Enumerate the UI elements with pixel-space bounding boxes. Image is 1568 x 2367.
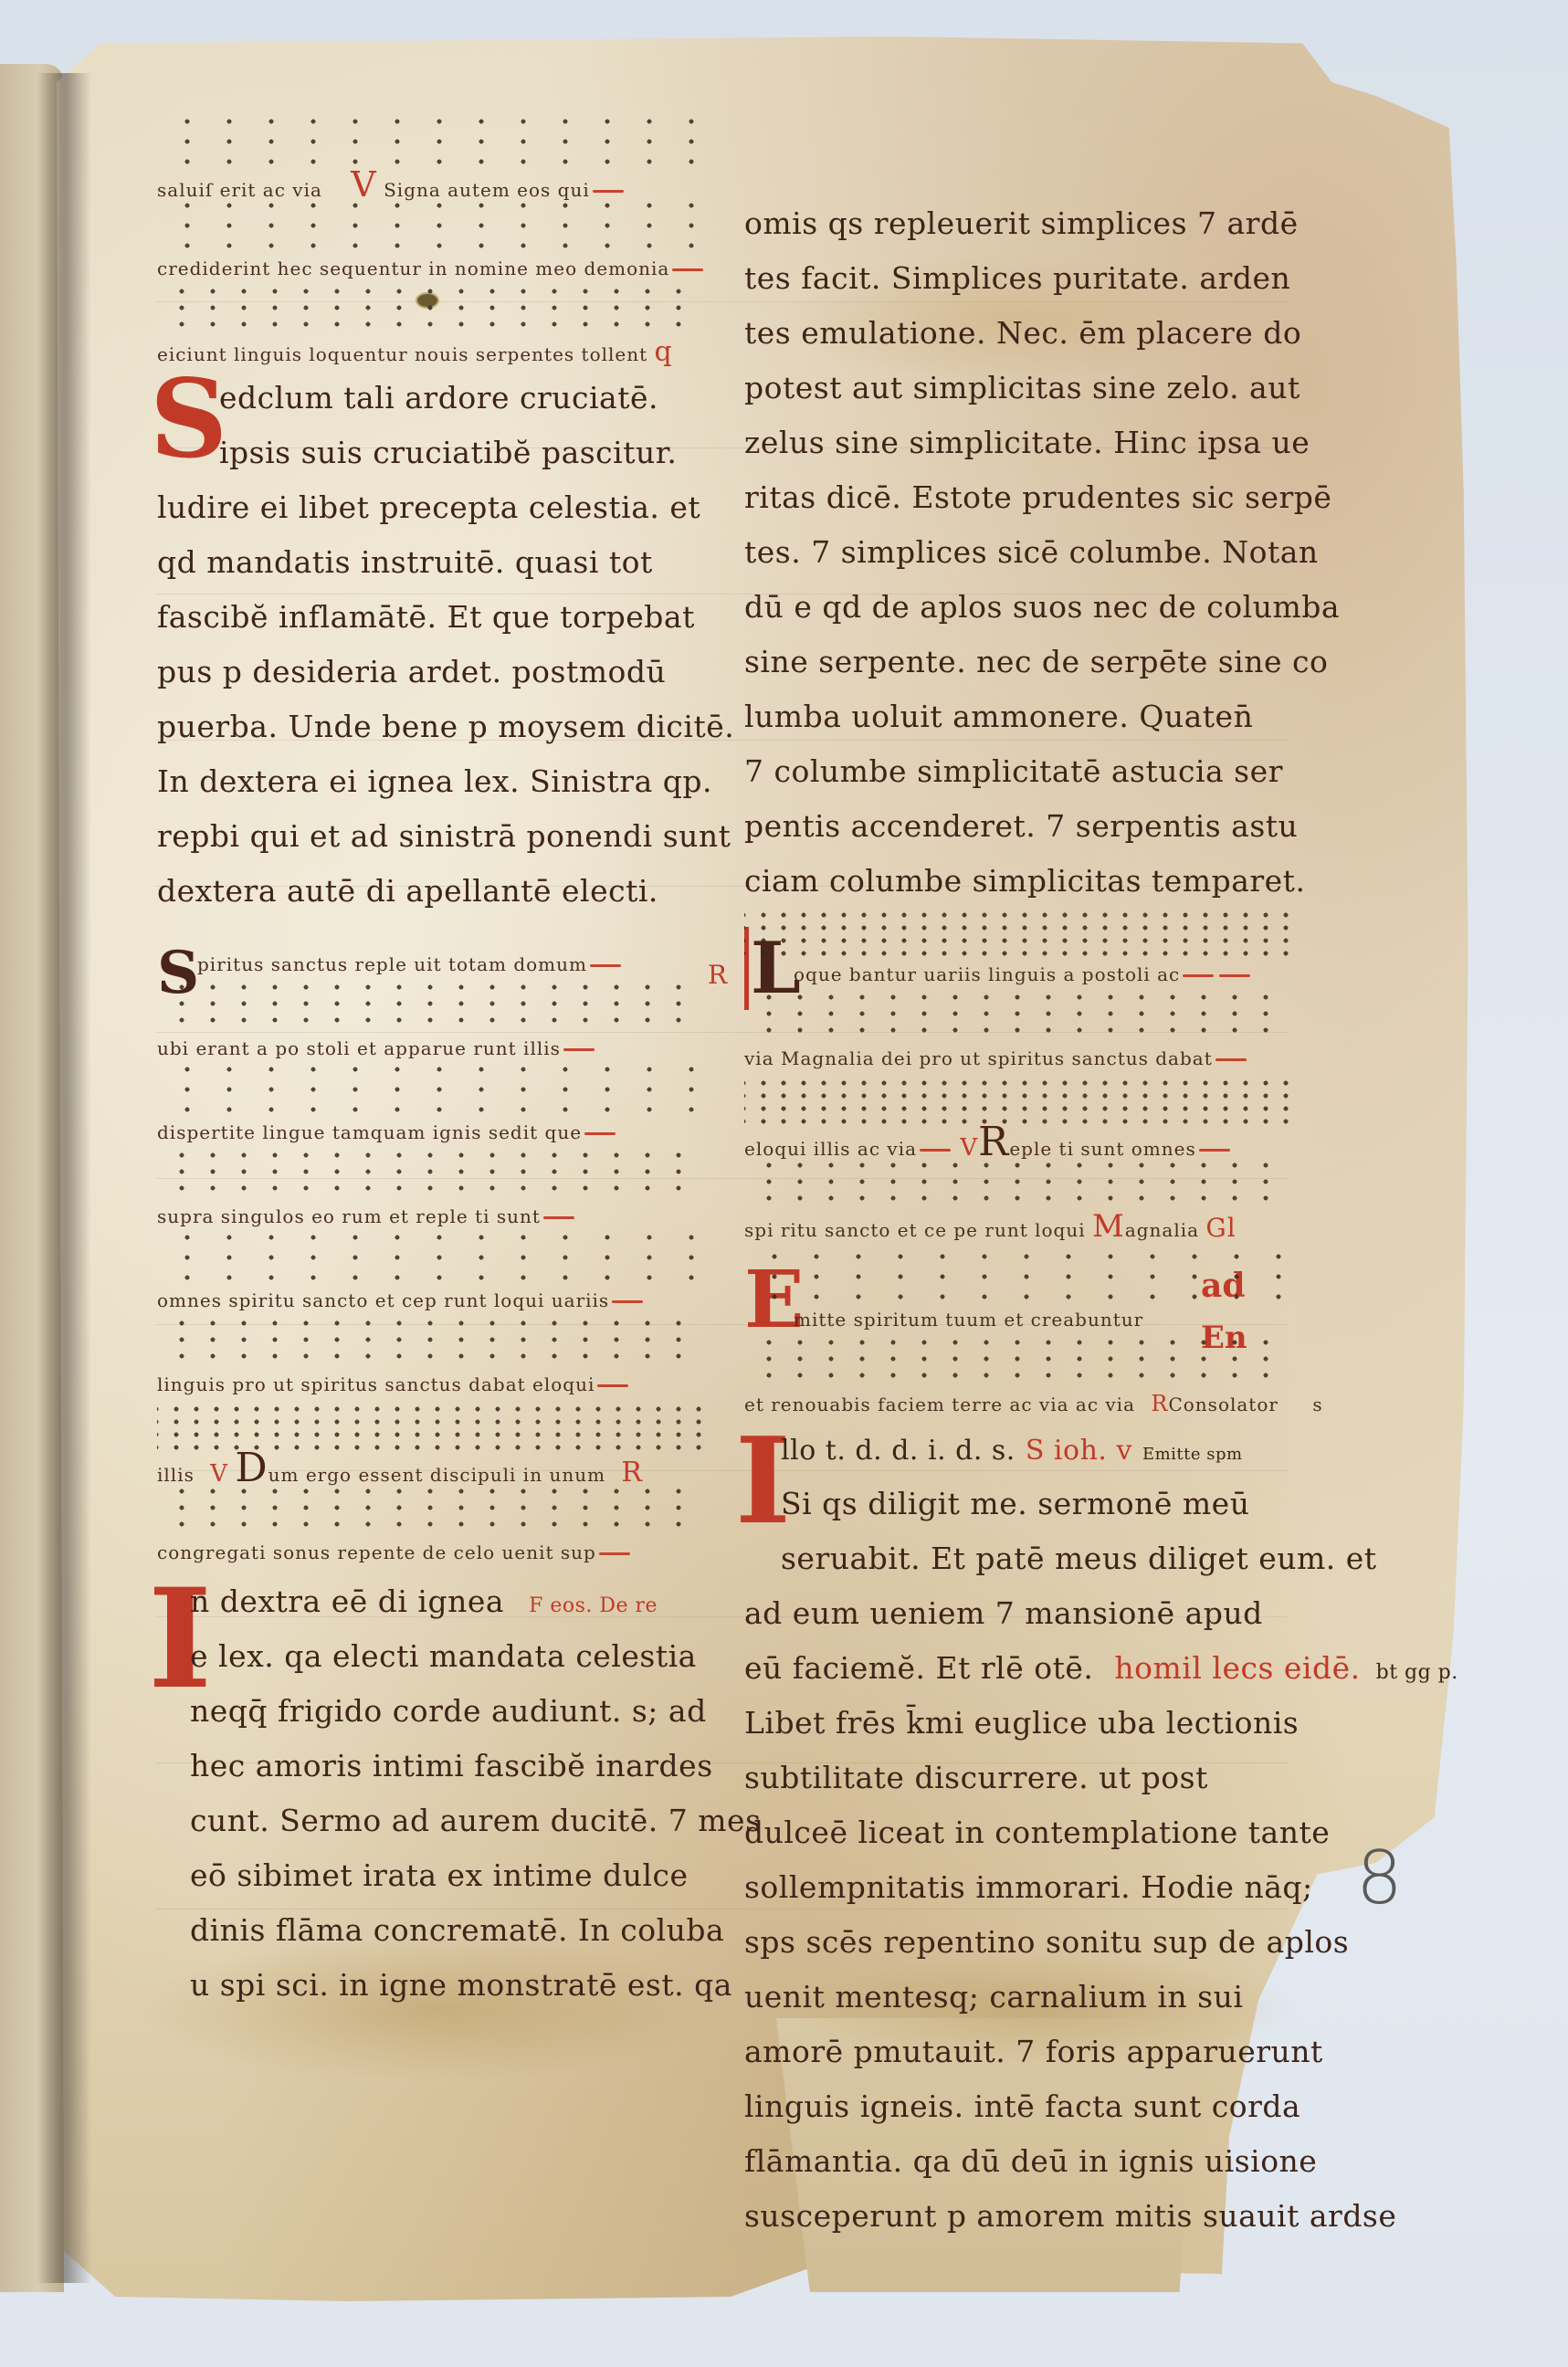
text-line: hec amoris intimi fascibĕ inardes [157, 1739, 705, 1794]
text-line: eō sibimet irata ex intime dulce [157, 1848, 705, 1903]
chant-line: et renouabis faciem terre ac via ac via … [744, 1385, 1292, 1422]
chant-line: ubi erant a po stoli et apparue runt ill… [157, 1030, 705, 1067]
lection-heading: llo t. d. d. i. d. s. S ioh. v Emitte sp… [744, 1422, 1292, 1477]
neume-row [744, 1338, 1292, 1385]
text-line: eū faciemĕ. Et rlē otē. homil lecs eide… [744, 1641, 1292, 1696]
lection-block: I llo t. d. d. i. d. s. S ioh. v Emitte … [744, 1422, 1292, 2244]
text-line: repbi qui et ad sinistrā ponendi sunt [157, 809, 705, 864]
text-line: 7 columbe simplicitatē astucia ser [744, 744, 1292, 799]
text-line: u spi sci. in igne monstratē est. qa [157, 1958, 705, 2013]
text-line: ad eum ueniem 7 mansionē apud [744, 1586, 1292, 1641]
neume-row [744, 909, 1292, 956]
text-line: dulceē liceat in contemplatione tante [744, 1805, 1292, 1860]
text-line: uenit mentesq; carnalium in sui [744, 1970, 1292, 2025]
neume-row [157, 1151, 705, 1198]
chant-block-right-2: E mitte spiritum tuum et creabuntur et r… [744, 1254, 1292, 1422]
text-line: dextera autē di apellantē electi. [157, 864, 705, 919]
text-line: linguis igneis. intē facta sunt corda [744, 2079, 1292, 2134]
neume-row [157, 983, 705, 1030]
text-line: pus p desideria ardet. postmodū [157, 645, 705, 700]
chant-line: supra singulos eo rum et reple ti sunt [157, 1198, 705, 1235]
chant-line: eloqui illis ac via VReple ti sunt omnes [744, 1124, 1292, 1161]
chant-line: mitte spiritum tuum et creabuntur [744, 1301, 1292, 1338]
neume-row [157, 1487, 705, 1534]
prose-block-right-1: omis qs repleuerit simplices 7 ardē tes… [744, 196, 1292, 909]
text-line: sollempnitatis immorari. Hodie nāq; [744, 1860, 1292, 1915]
chant-line: spi ritu sancto et ce pe runt loqui Magn… [744, 1208, 1292, 1245]
text-line: ludire ei libet precepta celestia. et [157, 480, 705, 535]
left-column: saluiſ erit ac via V Signa autem eos qui… [157, 119, 705, 2013]
neume-row [157, 1235, 705, 1282]
chant-line: crediderint hec sequentur in nomine meo … [157, 250, 705, 287]
prose-block-2: I n dextra eē di ignea F eos. De re e le… [157, 1574, 705, 2013]
text-line: Libet frēs k̄mi euglice uba lectionis [744, 1696, 1292, 1751]
neume-row [744, 1254, 1292, 1301]
text-line: tes. 7 simplices sicē columbe. Notan [744, 525, 1292, 580]
initial-D: D [235, 1445, 268, 1491]
text-line: cunt. Sermo ad aurem ducitē. 7 mes [157, 1794, 705, 1848]
text-line: sine serpente. nec de serpēte sine co [744, 635, 1292, 689]
text-line: tes facit. Simplices puritate. arden [744, 251, 1292, 306]
neume-row [744, 1161, 1292, 1208]
text-line: omis qs repleuerit simplices 7 ardē [744, 196, 1292, 251]
neume-row [157, 287, 705, 334]
initial-R: R [978, 1119, 1009, 1165]
homily-rubric: homil lecs eidē. [1114, 1650, 1360, 1686]
chant-line: linguis pro ut spiritus sanctus dabat el… [157, 1366, 705, 1403]
text-line: pentis accenderet. 7 serpentis astu [744, 799, 1292, 854]
pencil-folio-number: 8 [1356, 1836, 1403, 1920]
chant-line: dispertite lingue tamquam ignis sedit qu… [157, 1114, 705, 1151]
text-line: zelus sine simplicitate. Hinc ipsa ue [744, 416, 1292, 470]
neume-row [157, 1403, 705, 1450]
text-line: qd mandatis instruitē. quasi tot [157, 535, 705, 590]
prose-block-1: S edclum tali ardore cruciatē. ipsis sui… [157, 371, 705, 919]
text-line: dū e qd de aplos suos nec de columba [744, 580, 1292, 635]
chant-line: congregati sonus repente de celo uenit s… [157, 1534, 705, 1571]
text-line: flāmantia. qa dū deū in ignis uisione [744, 2134, 1292, 2189]
text-line: Si qs diligit me. sermonē meū [744, 1477, 1292, 1531]
chant-block-right: R L oque bantur uariis linguis a postoli… [744, 909, 1292, 1245]
text-line: puerba. Unde bene p moysem dicitē. [157, 700, 705, 754]
neume-row [157, 1067, 705, 1114]
text-line: ipsis suis cruciatibĕ pascitur. [157, 426, 705, 480]
chant-line: via Magnalia dei pro ut spiritus sanctus… [744, 1040, 1292, 1077]
text-line: edclum tali ardore cruciatē. [157, 371, 705, 426]
gutter-stain [37, 73, 91, 2283]
text-line: susceperunt p amorem mitis suauit ardse [744, 2189, 1292, 2244]
text-line: potest aut simplicitas sine zelo. aut [744, 361, 1292, 416]
chant-line: illis V Dum ergo essent discipuli in unu… [157, 1450, 705, 1487]
text-line: seruabit. Et patē meus diliget eum. et [744, 1531, 1292, 1586]
text-line: tes emulatione. Nec. ēm placere do [744, 306, 1292, 361]
text-line: fascibĕ inflamātē. Et que torpebat [157, 590, 705, 645]
text-line: subtilitate discurrere. ut post [744, 1751, 1292, 1805]
chant-line: piritus sanctus reple uit totam domum [157, 946, 705, 983]
right-column: omis qs repleuerit simplices 7 ardē tes… [744, 196, 1292, 2244]
text-line: dinis flāma concrematē. In coluba [157, 1903, 705, 1958]
versicle-rubric: V [351, 164, 376, 205]
neume-row [157, 119, 705, 166]
neume-row [157, 203, 705, 250]
text-line: e lex. qa electi mandata celestia [157, 1629, 705, 1684]
text-line: ciam columbe simplicitas temparet. [744, 854, 1292, 909]
neume-row [157, 1319, 705, 1366]
chant-line: omnes spiritu sancto et cep runt loqui u… [157, 1282, 705, 1319]
neume-row [744, 993, 1292, 1040]
chant-line: eiciunt linguis loquentur nouis serpente… [157, 334, 705, 371]
text-line: neqq̄ frigido corde audiunt. s; ad [157, 1684, 705, 1739]
text-line: amorē pmutauit. 7 foris apparuerunt [744, 2025, 1292, 2079]
neume-row [744, 1077, 1292, 1124]
text-line: n dextra eē di ignea F eos. De re [157, 1574, 705, 1629]
chant-block-2: S piritus sanctus reple uit totam domum … [157, 946, 705, 1571]
chant-line: oque bantur uariis linguis a postoli ac [744, 956, 1292, 993]
marginal-R: R [708, 960, 727, 990]
text-line: sps scēs repentino sonitu sup de aplos [744, 1915, 1292, 1970]
text-line: ritas dicē. Estote prudentes sic serpē [744, 470, 1292, 525]
text-line: In dextera ei ignea lex. Sinistra qp. [157, 754, 705, 809]
chant-line: saluiſ erit ac via V Signa autem eos qui [157, 166, 705, 203]
text-line: lumba uoluit ammonere. Quaten̄ [744, 689, 1292, 744]
